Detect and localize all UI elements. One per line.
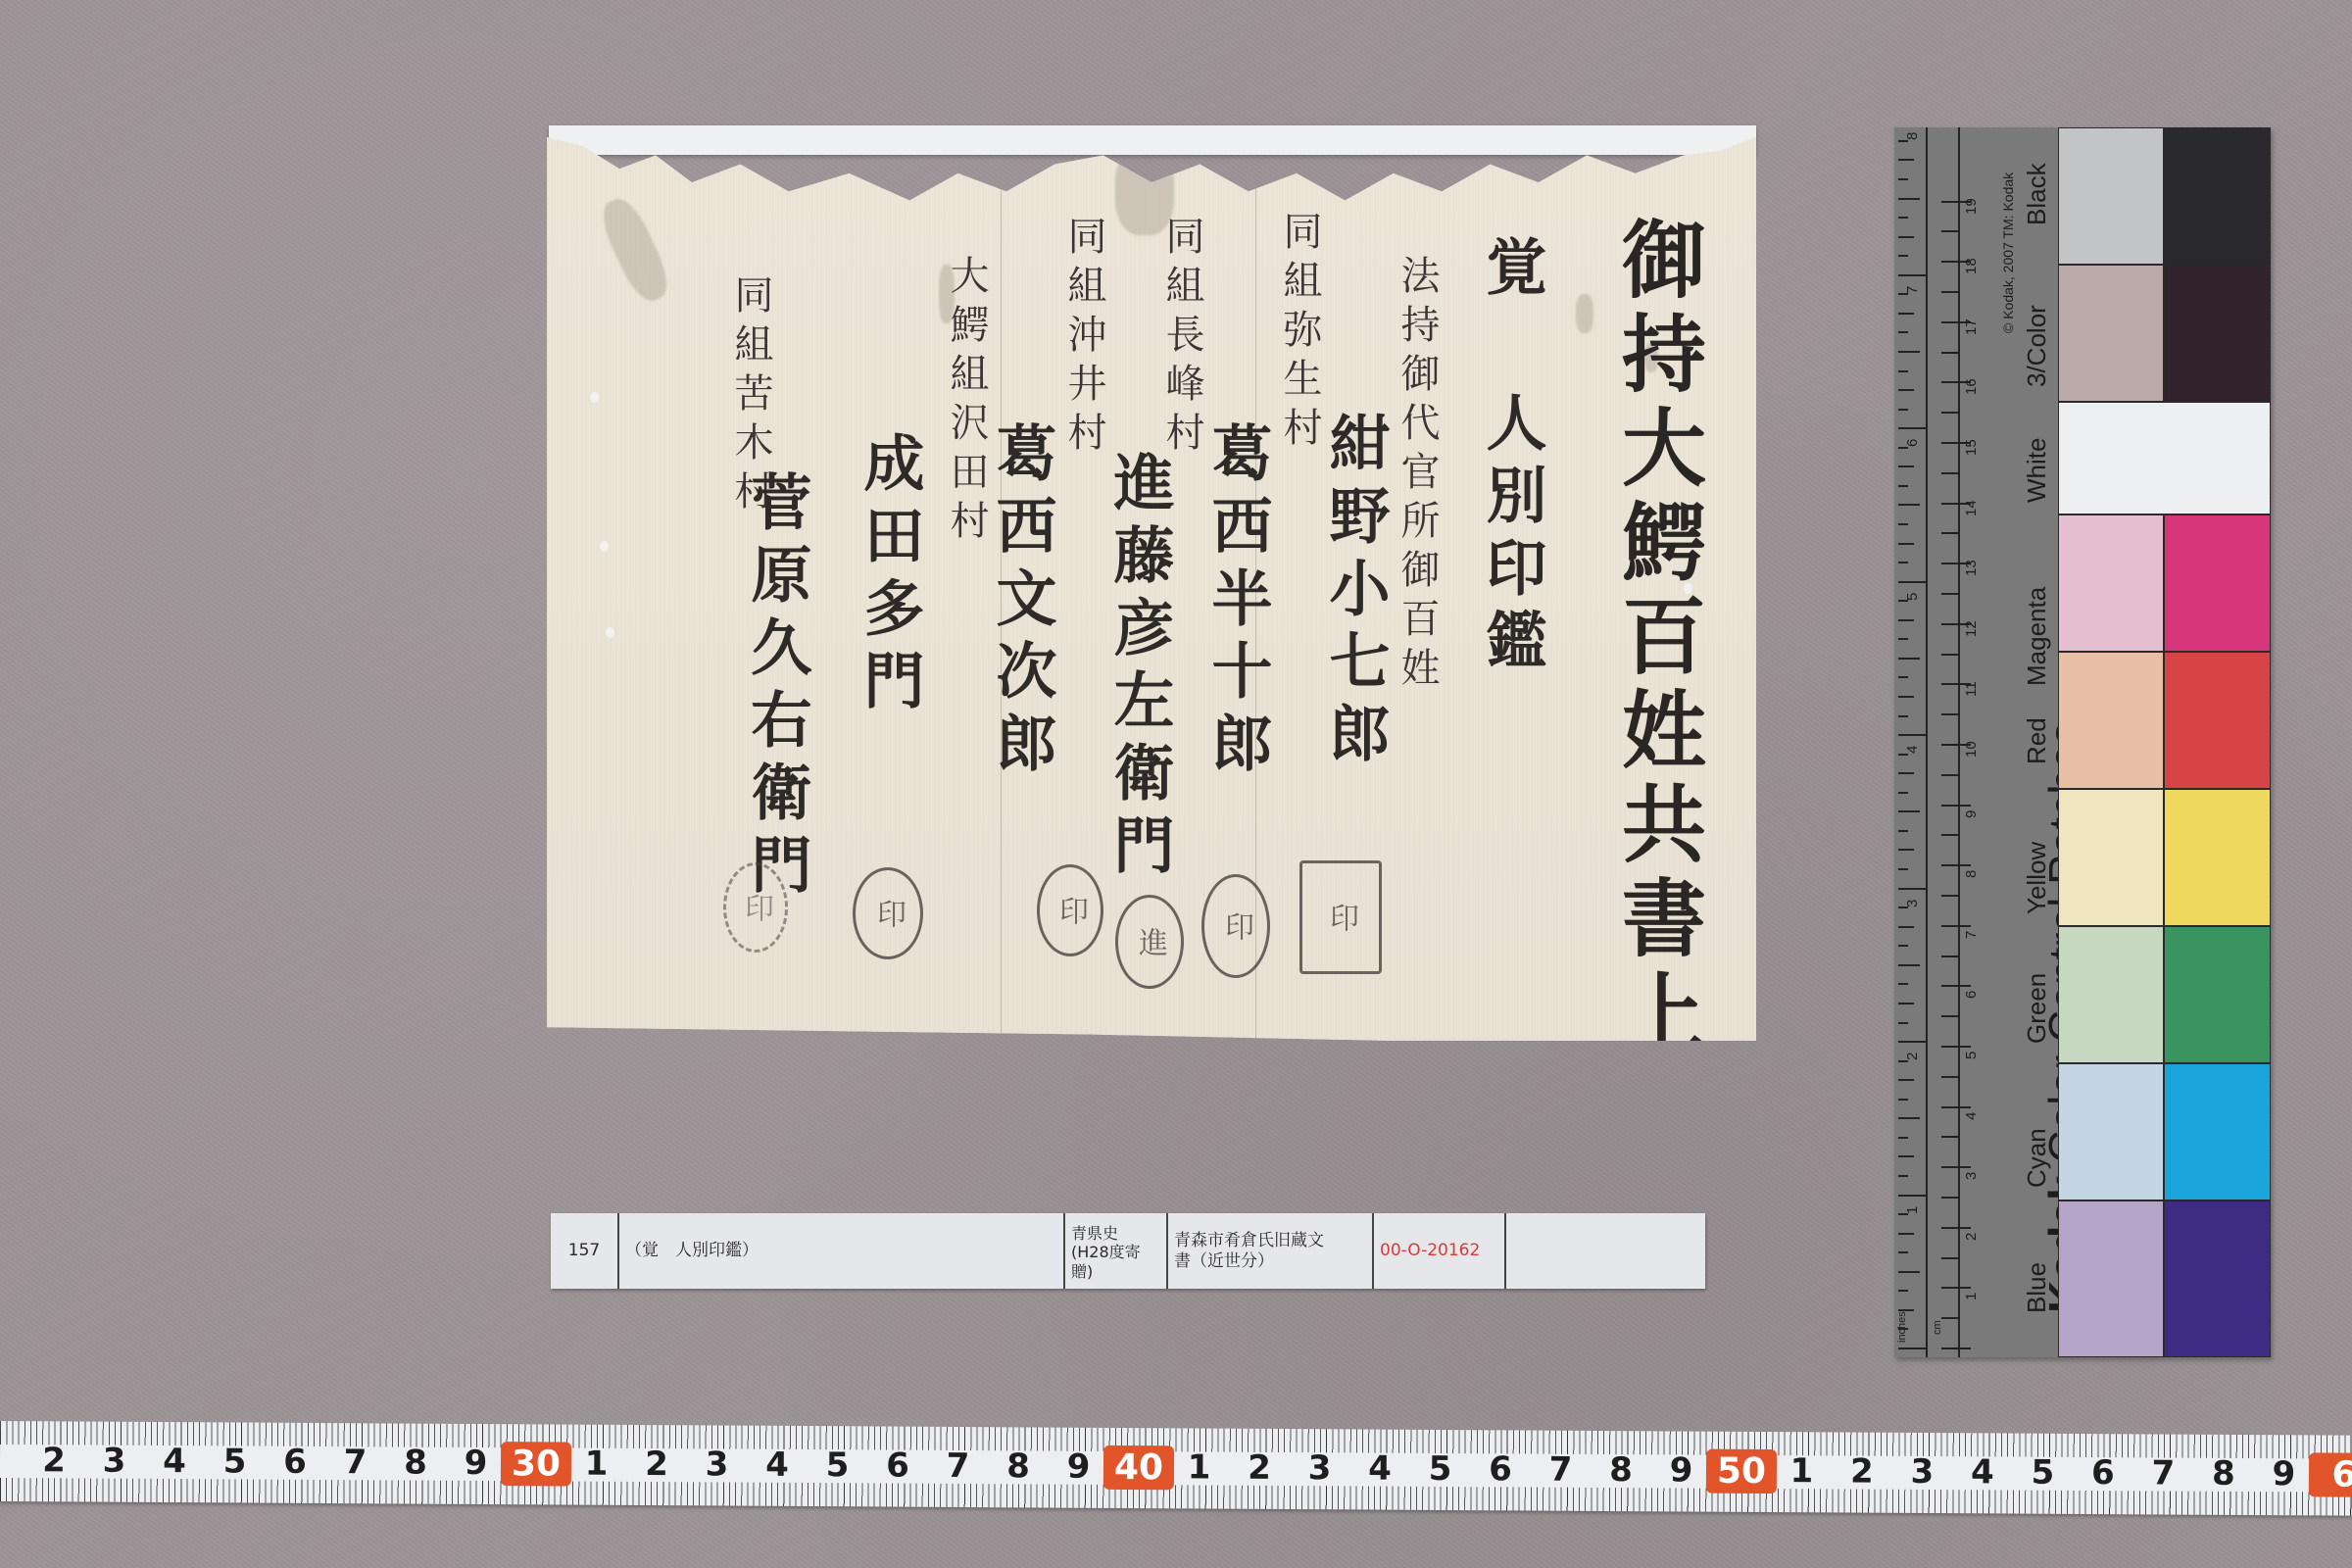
tape-label: 3: [1299, 1448, 1339, 1488]
inch-tick: [1898, 409, 1908, 411]
cm-tick-label: 3: [1963, 1172, 1980, 1180]
cm-tick-label: 9: [1963, 809, 1980, 817]
inch-tick: [1898, 619, 1914, 621]
cm-tick: [1941, 1015, 1959, 1017]
tape-label: 9: [1661, 1450, 1700, 1490]
inch-tick: [1898, 198, 1920, 200]
inch-tick-label: 1: [1904, 1205, 1921, 1213]
cm-tick: [1941, 955, 1959, 957]
seal-stamp: 進: [1115, 895, 1184, 989]
inch-tick-label: 2: [1904, 1053, 1921, 1060]
inch-tick: [1898, 543, 1914, 545]
inch-tick: [1898, 255, 1908, 257]
inch-tick: [1898, 236, 1914, 238]
cm-tick-label: 15: [1963, 439, 1980, 456]
worm-hole: [590, 392, 599, 403]
cm-tick: [1941, 230, 1959, 232]
kodak-color-chart: 1234567891011121314151617181912345678 Ko…: [1894, 127, 2271, 1357]
cm-tick-label: 13: [1963, 561, 1980, 577]
inch-tick: [1898, 351, 1920, 353]
color-patch-white: [2058, 402, 2271, 514]
tape-label: 9: [456, 1444, 495, 1483]
tape-label: 8: [1601, 1450, 1641, 1490]
cm-tick-label: 8: [1963, 870, 1980, 878]
cm-tick: [1941, 774, 1959, 776]
inch-tick: [1898, 274, 1926, 276]
inch-tick: [1898, 389, 1914, 391]
catalog-number: 157: [551, 1213, 619, 1289]
patch-label-black: Black: [2022, 163, 2052, 225]
tape-label: 5: [215, 1442, 254, 1481]
inch-tick: [1898, 313, 1914, 315]
tape-major-label: 40: [1103, 1445, 1174, 1490]
catalog-source: 青県史 (H28度寄 贈): [1065, 1213, 1168, 1289]
cm-tick-label: 7: [1963, 930, 1980, 938]
worm-hole: [606, 627, 614, 638]
tape-label: 2: [1240, 1448, 1279, 1488]
cm-tick: [1941, 593, 1959, 595]
inch-tick: [1898, 1099, 1908, 1101]
cm-tick: [1941, 352, 1959, 354]
inch-tick: [1898, 772, 1914, 774]
manuscript-document: 御持大鰐百姓共書上 覚 人別印鑑 法持御代官所御百姓 同組弥生村 紺野小七郎 同…: [547, 137, 1756, 1041]
seal-stamp: 印: [723, 862, 788, 953]
patch-label-magenta: Magenta: [2022, 587, 2052, 686]
tape-label: 2: [34, 1441, 73, 1480]
tape-label: 3: [1902, 1452, 1941, 1492]
kodak-ruler-panel: 1234567891011121314151617181912345678 Ko…: [1894, 127, 2058, 1357]
color-patch-blue-dark: [2164, 1200, 2271, 1357]
cm-tick-label: 19: [1963, 198, 1980, 215]
cm-tick: [1941, 654, 1959, 656]
tape-label: 6: [1481, 1449, 1520, 1489]
inch-tick: [1898, 1233, 1914, 1235]
color-patch-black-light: [2058, 127, 2164, 265]
cm-tick: [1941, 713, 1959, 715]
cm-tick: [1941, 1106, 1971, 1108]
color-patch-red-dark: [2164, 652, 2271, 789]
tape-label: 2: [1842, 1451, 1882, 1491]
catalog-id: 00-O-20162: [1374, 1213, 1506, 1289]
catalog-collection: 青森市肴倉氏旧蔵文 書（近世分）: [1168, 1213, 1374, 1289]
inch-tick: [1898, 465, 1914, 467]
patch-label-red: Red: [2022, 717, 2052, 764]
inch-tick: [1898, 792, 1908, 794]
inch-tick: [1898, 1195, 1926, 1197]
seal-stamp: 印: [1037, 864, 1103, 956]
catalog-label-strip: 157 （覚 人別印鑑） 青県史 (H28度寄 贈) 青森市肴倉氏旧蔵文 書（近…: [551, 1213, 1705, 1289]
stain: [595, 193, 676, 308]
inch-tick-label: 7: [1904, 285, 1921, 293]
cm-tick: [1941, 1347, 1971, 1349]
inch-tick: [1898, 658, 1920, 660]
inch-tick: [1898, 1079, 1914, 1081]
color-patch-magenta-dark: [2164, 514, 2271, 652]
inch-tick: [1898, 1271, 1920, 1273]
color-patch-green-light: [2058, 926, 2164, 1063]
tape-label: 8: [396, 1443, 435, 1482]
inch-tick: [1898, 676, 1908, 678]
tape-label: 4: [1360, 1448, 1399, 1488]
signatory-name: 紺野小七郎: [1311, 412, 1398, 774]
cm-tick: [1941, 1257, 1959, 1259]
inch-tick: [1898, 734, 1926, 736]
inch-tick: [1898, 945, 1908, 947]
tape-label: 7: [938, 1446, 977, 1486]
inch-tick: [1898, 983, 1908, 985]
inch-scale-line: [1926, 127, 1928, 1357]
tape-major-label: 30: [501, 1442, 571, 1486]
tape-label: 3: [94, 1442, 133, 1481]
inch-tick: [1898, 581, 1926, 583]
inch-tick: [1898, 1290, 1908, 1292]
inch-tick: [1898, 562, 1908, 563]
stain: [1576, 294, 1593, 333]
inch-tick: [1898, 810, 1920, 812]
tape-label: 1: [1179, 1447, 1218, 1487]
source-line: 贈): [1071, 1262, 1093, 1281]
inch-tick: [1898, 1022, 1908, 1024]
cm-tick-label: 18: [1963, 259, 1980, 275]
cm-tick: [1941, 805, 1971, 807]
color-patch-blue-light: [2058, 1200, 2164, 1357]
cm-tick: [1941, 291, 1959, 293]
color-patch-3color-dark: [2164, 265, 2271, 402]
inch-tick: [1898, 868, 1908, 870]
patch-label-white: White: [2022, 438, 2052, 503]
cm-tick-label: 5: [1963, 1052, 1980, 1059]
signatory-name: 葛西文次郎: [978, 421, 1065, 784]
cm-tick-label: 1: [1963, 1293, 1980, 1300]
cm-tick: [1941, 895, 1959, 897]
color-patch-3color-light: [2058, 265, 2164, 402]
color-patch-red-light: [2058, 652, 2164, 789]
inch-tick: [1898, 1155, 1914, 1157]
inches-label: inches: [1896, 1311, 1908, 1343]
cm-tick: [1941, 925, 1971, 927]
cm-tick-label: 17: [1963, 318, 1980, 335]
inch-tick: [1898, 830, 1908, 832]
signatory-name: 成田多門: [846, 431, 933, 721]
cm-tick: [1941, 412, 1959, 414]
cm-label: cm: [1932, 1320, 1943, 1335]
tape-label: 3: [697, 1445, 736, 1484]
inch-tick: [1898, 715, 1908, 717]
inch-tick-label: 3: [1904, 899, 1921, 906]
cm-tick-label: 16: [1963, 379, 1980, 396]
catalog-blank-cell: [1506, 1213, 1705, 1289]
cm-tick: [1941, 1317, 1959, 1319]
cm-tick: [1941, 1227, 1971, 1229]
patch-label-yellow: Yellow: [2022, 842, 2052, 914]
tape-label: 7: [2143, 1453, 2182, 1493]
cm-tick-label: 6: [1963, 991, 1980, 999]
cm-scale-line: [1958, 127, 1960, 1357]
color-patch-cyan-dark: [2164, 1063, 2271, 1200]
color-patch-yellow-light: [2058, 789, 2164, 926]
tape-major-label: 50: [1706, 1449, 1777, 1494]
source-line: 青県史: [1071, 1224, 1118, 1243]
tape-label: 9: [2264, 1454, 2303, 1494]
color-patch-black-dark: [2164, 127, 2271, 265]
color-patch-magenta-light: [2058, 514, 2164, 652]
cm-tick: [1941, 472, 1959, 474]
signatory-name: 葛西半十郎: [1194, 421, 1281, 784]
inch-tick: [1898, 638, 1908, 640]
tape-label: 7: [1541, 1450, 1580, 1490]
inch-tick-label: 8: [1904, 132, 1921, 140]
tape-label: 1: [576, 1445, 615, 1484]
worm-hole: [600, 541, 609, 552]
cm-tick-label: 10: [1963, 741, 1980, 758]
tape-label: 6: [878, 1445, 917, 1485]
cm-tick: [1941, 1166, 1971, 1168]
tape-label: 8: [999, 1446, 1038, 1486]
inch-tick: [1898, 888, 1926, 890]
tape-measure: 2345678930123456789401234567895012345678…: [0, 1421, 2352, 1516]
signatory-name: 進藤彦左衛門: [1096, 451, 1183, 886]
inch-tick-label: 6: [1904, 439, 1921, 447]
tape-label: 4: [1963, 1452, 2002, 1492]
inch-tick: [1898, 217, 1908, 219]
patch-label-3color: 3/Color: [2022, 305, 2052, 387]
signatory-name: 菅原久右衛門: [733, 470, 820, 906]
inch-tick: [1898, 140, 1908, 142]
cm-tick: [1941, 1197, 1959, 1199]
cm-tick-label: 2: [1963, 1232, 1980, 1240]
inch-tick: [1898, 926, 1914, 928]
tape-major-label: 6: [2309, 1452, 2352, 1496]
cm-tick-label: 12: [1963, 620, 1980, 637]
inch-tick: [1898, 1347, 1926, 1349]
seal-stamp: 印: [1201, 874, 1270, 978]
inch-tick: [1898, 159, 1914, 161]
inch-tick: [1898, 331, 1908, 333]
seal-stamp: 印: [1299, 860, 1382, 974]
cm-tick: [1941, 1287, 1971, 1289]
inch-tick: [1898, 370, 1908, 372]
patch-label-green: Green: [2022, 973, 2052, 1044]
patch-label-blue: Blue: [2022, 1262, 2052, 1313]
tape-label: 5: [2023, 1453, 2062, 1493]
inch-tick: [1898, 964, 1920, 966]
cm-tick: [1941, 1046, 1971, 1048]
cm-tick: [1941, 532, 1959, 534]
tape-label: 8: [2204, 1454, 2243, 1494]
collection-line: 書（近世分）: [1174, 1251, 1274, 1271]
kodak-copyright: © Kodak, 2007 TM: Kodak: [2000, 172, 2016, 333]
tape-label: 6: [275, 1443, 315, 1482]
inch-tick: [1898, 504, 1920, 506]
manuscript-line-heading: 御持大鰐百姓共書上: [1595, 216, 1717, 1062]
cm-tick: [1941, 985, 1971, 987]
manuscript-line-title: 覚 人別印鑑: [1468, 235, 1555, 681]
cm-tick-label: 14: [1963, 500, 1980, 516]
tape-label: 7: [335, 1443, 374, 1482]
tape-label: 5: [1420, 1449, 1459, 1489]
inch-tick: [1898, 696, 1914, 698]
inch-tick: [1898, 1041, 1926, 1043]
inch-tick: [1898, 849, 1914, 851]
color-patch-cyan-light: [2058, 1063, 2164, 1200]
inch-tick-label: 5: [1904, 592, 1921, 600]
cm-tick: [1941, 834, 1959, 836]
inch-tick: [1898, 1251, 1908, 1253]
patch-label-cyan: Cyan: [2022, 1128, 2052, 1188]
tape-label: 4: [155, 1442, 194, 1481]
inch-tick: [1898, 523, 1908, 525]
document-backing-sheet: [549, 125, 1756, 155]
seal-stamp: 印: [853, 867, 923, 959]
color-patch-yellow-dark: [2164, 789, 2271, 926]
collection-line: 青森市肴倉氏旧蔵文: [1174, 1231, 1324, 1250]
inch-tick: [1898, 1003, 1914, 1004]
cm-tick-label: 11: [1963, 682, 1980, 698]
inch-tick: [1898, 1137, 1908, 1139]
source-line: (H28度寄: [1071, 1243, 1141, 1261]
inch-tick: [1898, 1175, 1908, 1177]
inch-tick: [1898, 485, 1908, 487]
cm-tick: [1941, 1136, 1959, 1138]
inch-tick: [1898, 447, 1908, 449]
color-patch-green-dark: [2164, 926, 2271, 1063]
tape-label: 1: [1782, 1451, 1821, 1491]
tape-label: 2: [637, 1445, 676, 1484]
inch-tick: [1898, 427, 1926, 429]
catalog-title: （覚 人別印鑑）: [619, 1213, 1065, 1289]
tape-label: 6: [2083, 1453, 2123, 1493]
inch-tick: [1898, 178, 1908, 180]
inch-tick: [1898, 1117, 1920, 1119]
tape-label: 4: [758, 1445, 797, 1485]
tape-label: 5: [817, 1445, 857, 1485]
cm-tick: [1941, 864, 1971, 866]
cm-tick-label: 4: [1963, 1111, 1980, 1119]
tape-label: 9: [1058, 1447, 1098, 1487]
cm-tick: [1941, 1076, 1959, 1078]
inch-tick-label: 4: [1904, 746, 1921, 754]
